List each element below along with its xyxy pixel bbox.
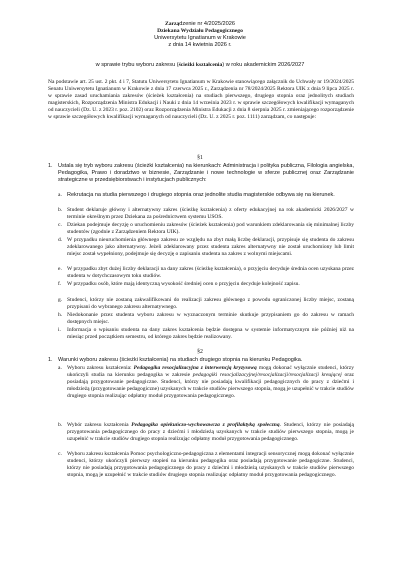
list-item-f: W przypadku osób, które mają identyczną … bbox=[67, 281, 354, 288]
list-item-d: W przypadku nieuruchomienia głównego zak… bbox=[67, 237, 354, 258]
list-item-2a: Wyboru zakresu kształcenia: Pedagogika r… bbox=[67, 365, 354, 400]
list-item-i: Informacja o wpisaniu studenta na dany z… bbox=[67, 327, 354, 341]
item-letter: b. bbox=[58, 207, 62, 214]
list-item-g: Studenci, którzy nie zostaną zakwalifiko… bbox=[67, 297, 354, 311]
section-1-title: §1 bbox=[0, 155, 400, 161]
section-2-title: §2 bbox=[0, 349, 400, 355]
list-item-b: Student deklaruje główny i alternatywny … bbox=[67, 207, 354, 221]
item-letter: i. bbox=[58, 327, 61, 334]
section-1-point-1: Ustala się tryb wyboru zakresu (ścieżki … bbox=[58, 163, 354, 184]
item-letter: c. bbox=[58, 222, 62, 229]
preamble: Na podstawie art. 25 ust. 2 pkt. 4 i 7, … bbox=[48, 79, 354, 121]
document-header: Zarządzenie nr 4/2025/2026 Dziekana Wydz… bbox=[0, 21, 400, 49]
order-number: Zarządzenie nr 4/2025/2026 bbox=[0, 21, 400, 28]
issue-date: z dnia 14 kwietnia 2026 r. bbox=[0, 42, 400, 49]
item-italic-text: pedagogiki resocjalizacyjnej/resocjaliza… bbox=[193, 372, 342, 378]
section-2-point-number: 1. bbox=[48, 357, 53, 364]
item-bold-text: Pedagogika resocjalizacyjna z interwencj… bbox=[134, 365, 257, 371]
list-item-h: Niedokonanie przez studenta wyboru zakre… bbox=[67, 312, 354, 326]
section-1-point-number: 1. bbox=[48, 163, 53, 170]
item-bold-text: Pedagogika opiekuńczo-wychowawcza z prof… bbox=[131, 422, 279, 428]
item-letter: f. bbox=[58, 281, 61, 288]
document-subject: w sprawie trybu wyboru zakresu (ścieżki … bbox=[0, 62, 400, 68]
university: Uniwersytetu Ignatianum w Krakowie bbox=[0, 35, 400, 42]
list-item-2c: Wyboru zakresu kształcenia Pomoc psychol… bbox=[67, 451, 354, 479]
list-item-a: Rekrutacja na studia pierwszego i drugie… bbox=[67, 192, 354, 199]
section-2-point-1: Warunki wyboru zakresu (ścieżki kształce… bbox=[58, 357, 354, 364]
order-number-rest: dzenie nr 4/2025/2026 bbox=[179, 21, 235, 27]
item-letter: g. bbox=[58, 297, 62, 304]
issuer: Dziekana Wydziału Pedagogicznego bbox=[0, 28, 400, 35]
item-letter: a. bbox=[58, 192, 62, 199]
item-text: Wyboru zakresu kształcenia: bbox=[67, 365, 134, 371]
list-item-2b: Wybór zakresu kształcenia Pedagogika opi… bbox=[67, 422, 354, 443]
item-letter: c. bbox=[58, 451, 62, 458]
subject-suffix: ) w roku akademickim 2026/2027 bbox=[222, 62, 304, 68]
item-letter: d. bbox=[58, 237, 62, 244]
item-letter: e. bbox=[58, 266, 62, 273]
document-page: Zarządzenie nr 4/2025/2026 Dziekana Wydz… bbox=[0, 0, 400, 565]
item-letter: h. bbox=[58, 312, 62, 319]
issuer-name: Dziekana Wydziału Pedagogicznego bbox=[157, 28, 243, 34]
item-letter: a. bbox=[58, 365, 62, 372]
list-item-e: W przypadku zbyt dużej liczby deklaracji… bbox=[67, 266, 354, 280]
order-number-prefix: Zarzą bbox=[165, 21, 179, 27]
item-letter: b. bbox=[58, 422, 62, 429]
list-item-c: Dziekan podejmuje decyzję o uruchomieniu… bbox=[67, 222, 354, 236]
item-text: Wyboru zakresu kształcenia Pomoc psychol… bbox=[67, 451, 354, 478]
subject-bold: ścieżki kształcenia bbox=[179, 62, 223, 68]
subject-prefix: w sprawie trybu wyboru zakresu ( bbox=[96, 62, 179, 68]
item-text: Wybór zakresu kształcenia bbox=[67, 422, 131, 428]
